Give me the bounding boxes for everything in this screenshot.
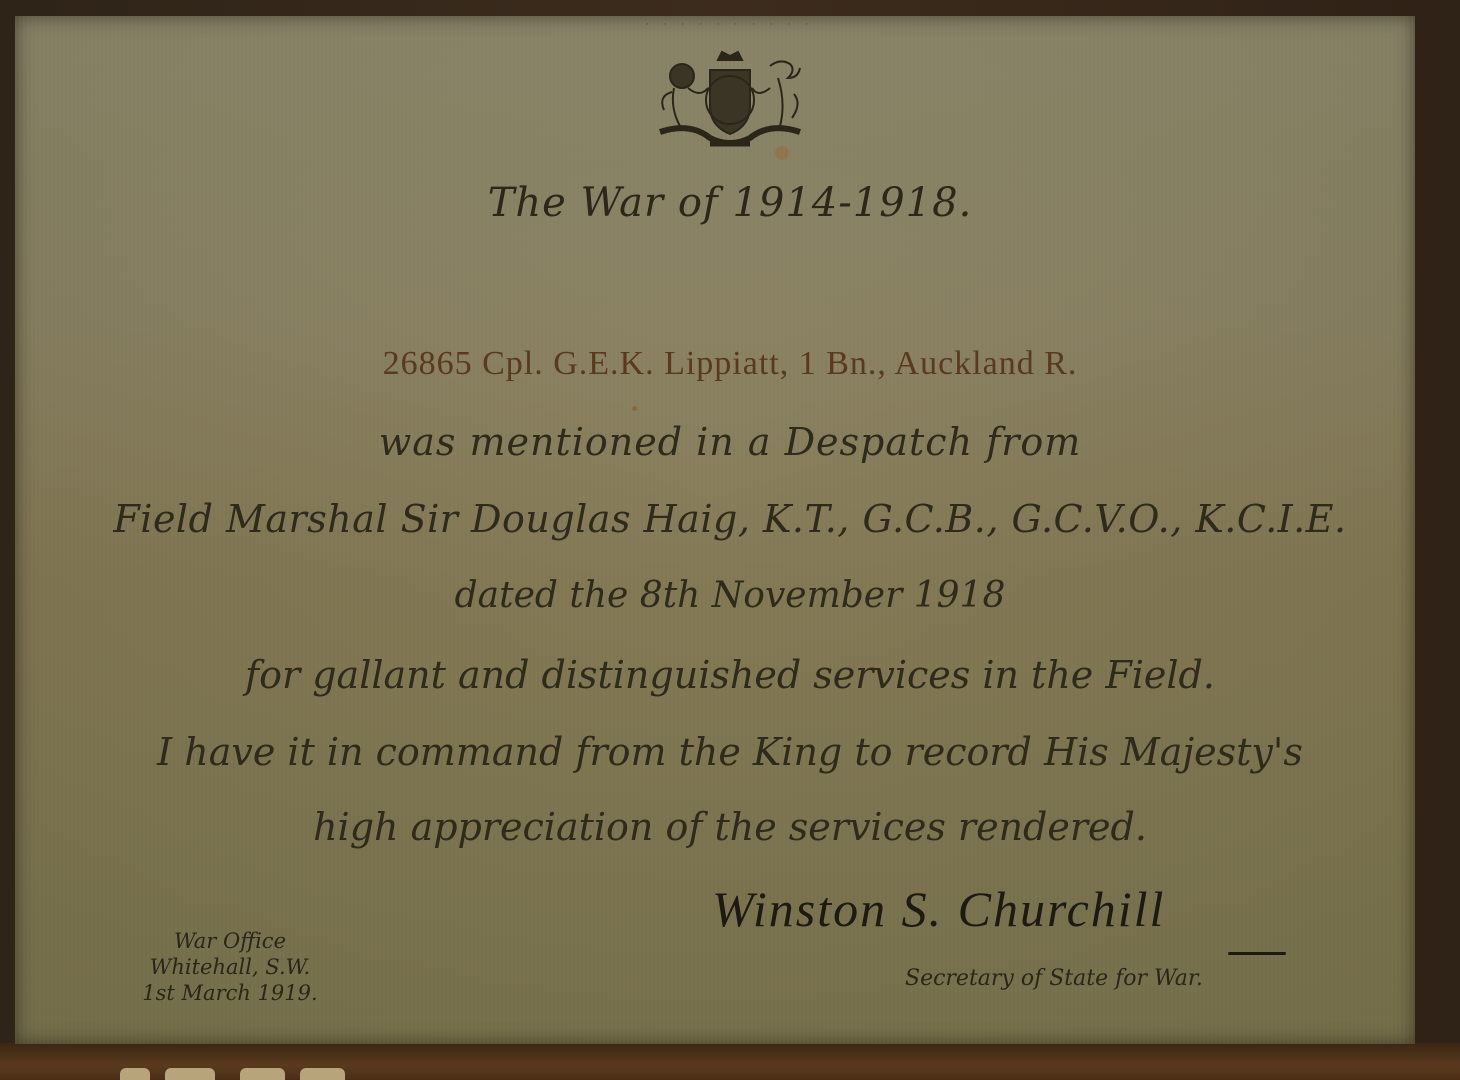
issuer-line-1: War Office: [110, 928, 350, 954]
body-line-1: was mentioned in a Despatch from: [0, 420, 1460, 464]
frame-bottom-edge: [0, 1043, 1460, 1080]
issuer-line-2: Whitehall, S.W.: [110, 954, 350, 980]
body-line-4: for gallant and distinguished services i…: [0, 653, 1460, 697]
royal-coat-of-arms-icon: [650, 48, 810, 158]
certificate-title: The War of 1914-1918.: [0, 180, 1460, 226]
crest-motto-band: · · · · · · · · · ·: [560, 20, 900, 30]
body-line-2: Field Marshal Sir Douglas Haig, K.T., G.…: [0, 497, 1460, 541]
body-line-6: high appreciation of the services render…: [0, 805, 1460, 849]
body-line-5: I have it in command from the King to re…: [0, 730, 1460, 774]
recipient-name: 26865 Cpl. G.E.K. Lippiatt, 1 Bn., Auckl…: [0, 345, 1460, 383]
issuer-block: War Office Whitehall, S.W. 1st March 191…: [110, 928, 350, 1006]
signatory-title: Secretary of State for War.: [905, 966, 1305, 991]
body-line-3: dated the 8th November 1918: [0, 575, 1460, 616]
signature-underline: [1228, 952, 1286, 955]
issuer-date: 1st March 1919.: [110, 980, 350, 1006]
signature: Winston S. Churchill: [712, 880, 1292, 940]
